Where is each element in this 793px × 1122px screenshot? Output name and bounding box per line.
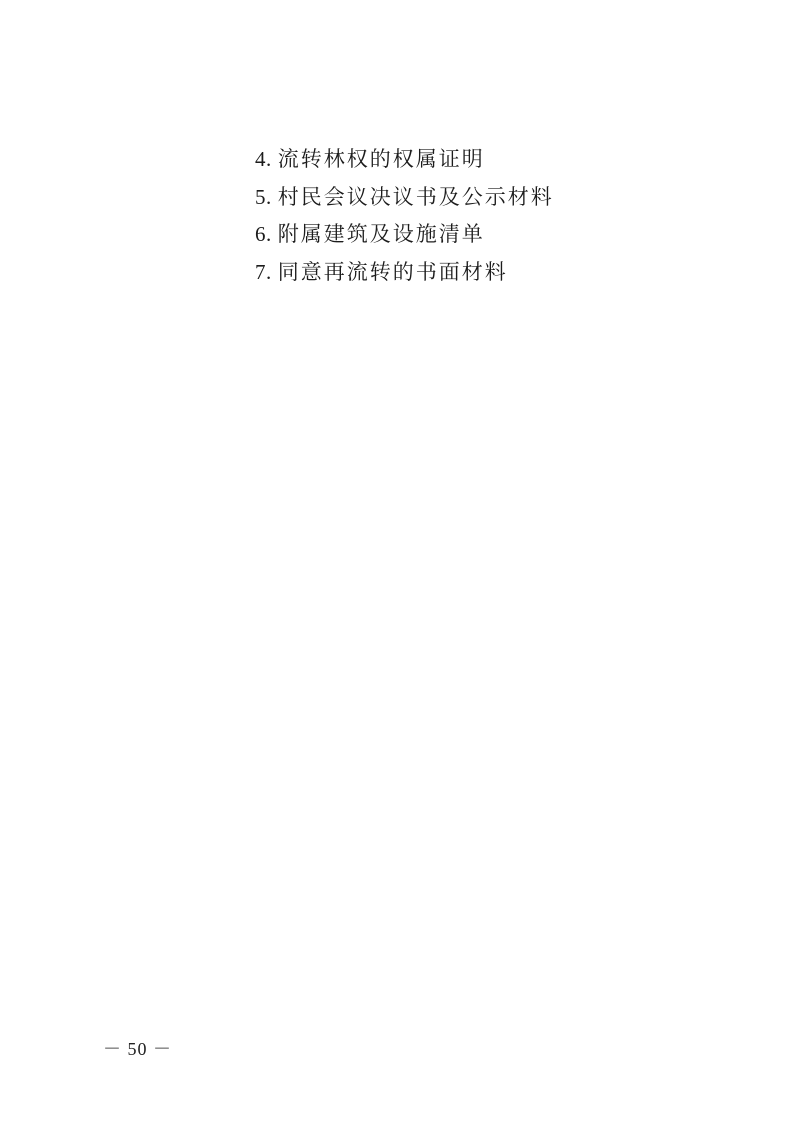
- document-page: 4.流转林权的权属证明 5.村民会议决议书及公示材料 6.附属建筑及设施清单 7…: [0, 0, 793, 1122]
- list-item: 5.村民会议决议书及公示材料: [255, 179, 554, 217]
- list-item-number: 6.: [255, 216, 272, 254]
- list-item-text: 流转林权的权属证明: [278, 147, 485, 171]
- list-item: 4.流转林权的权属证明: [255, 141, 554, 179]
- list-item-text: 附属建筑及设施清单: [278, 222, 485, 246]
- list-item-number: 4.: [255, 141, 272, 179]
- list-item-number: 7.: [255, 254, 272, 292]
- list-item-number: 5.: [255, 179, 272, 217]
- attachment-list: 4.流转林权的权属证明 5.村民会议决议书及公示材料 6.附属建筑及设施清单 7…: [255, 141, 554, 291]
- page-number: － 50 －: [103, 1038, 172, 1060]
- list-item: 7.同意再流转的书面材料: [255, 254, 554, 292]
- list-item-text: 同意再流转的书面材料: [278, 260, 508, 284]
- list-item: 6.附属建筑及设施清单: [255, 216, 554, 254]
- list-item-text: 村民会议决议书及公示材料: [278, 185, 554, 209]
